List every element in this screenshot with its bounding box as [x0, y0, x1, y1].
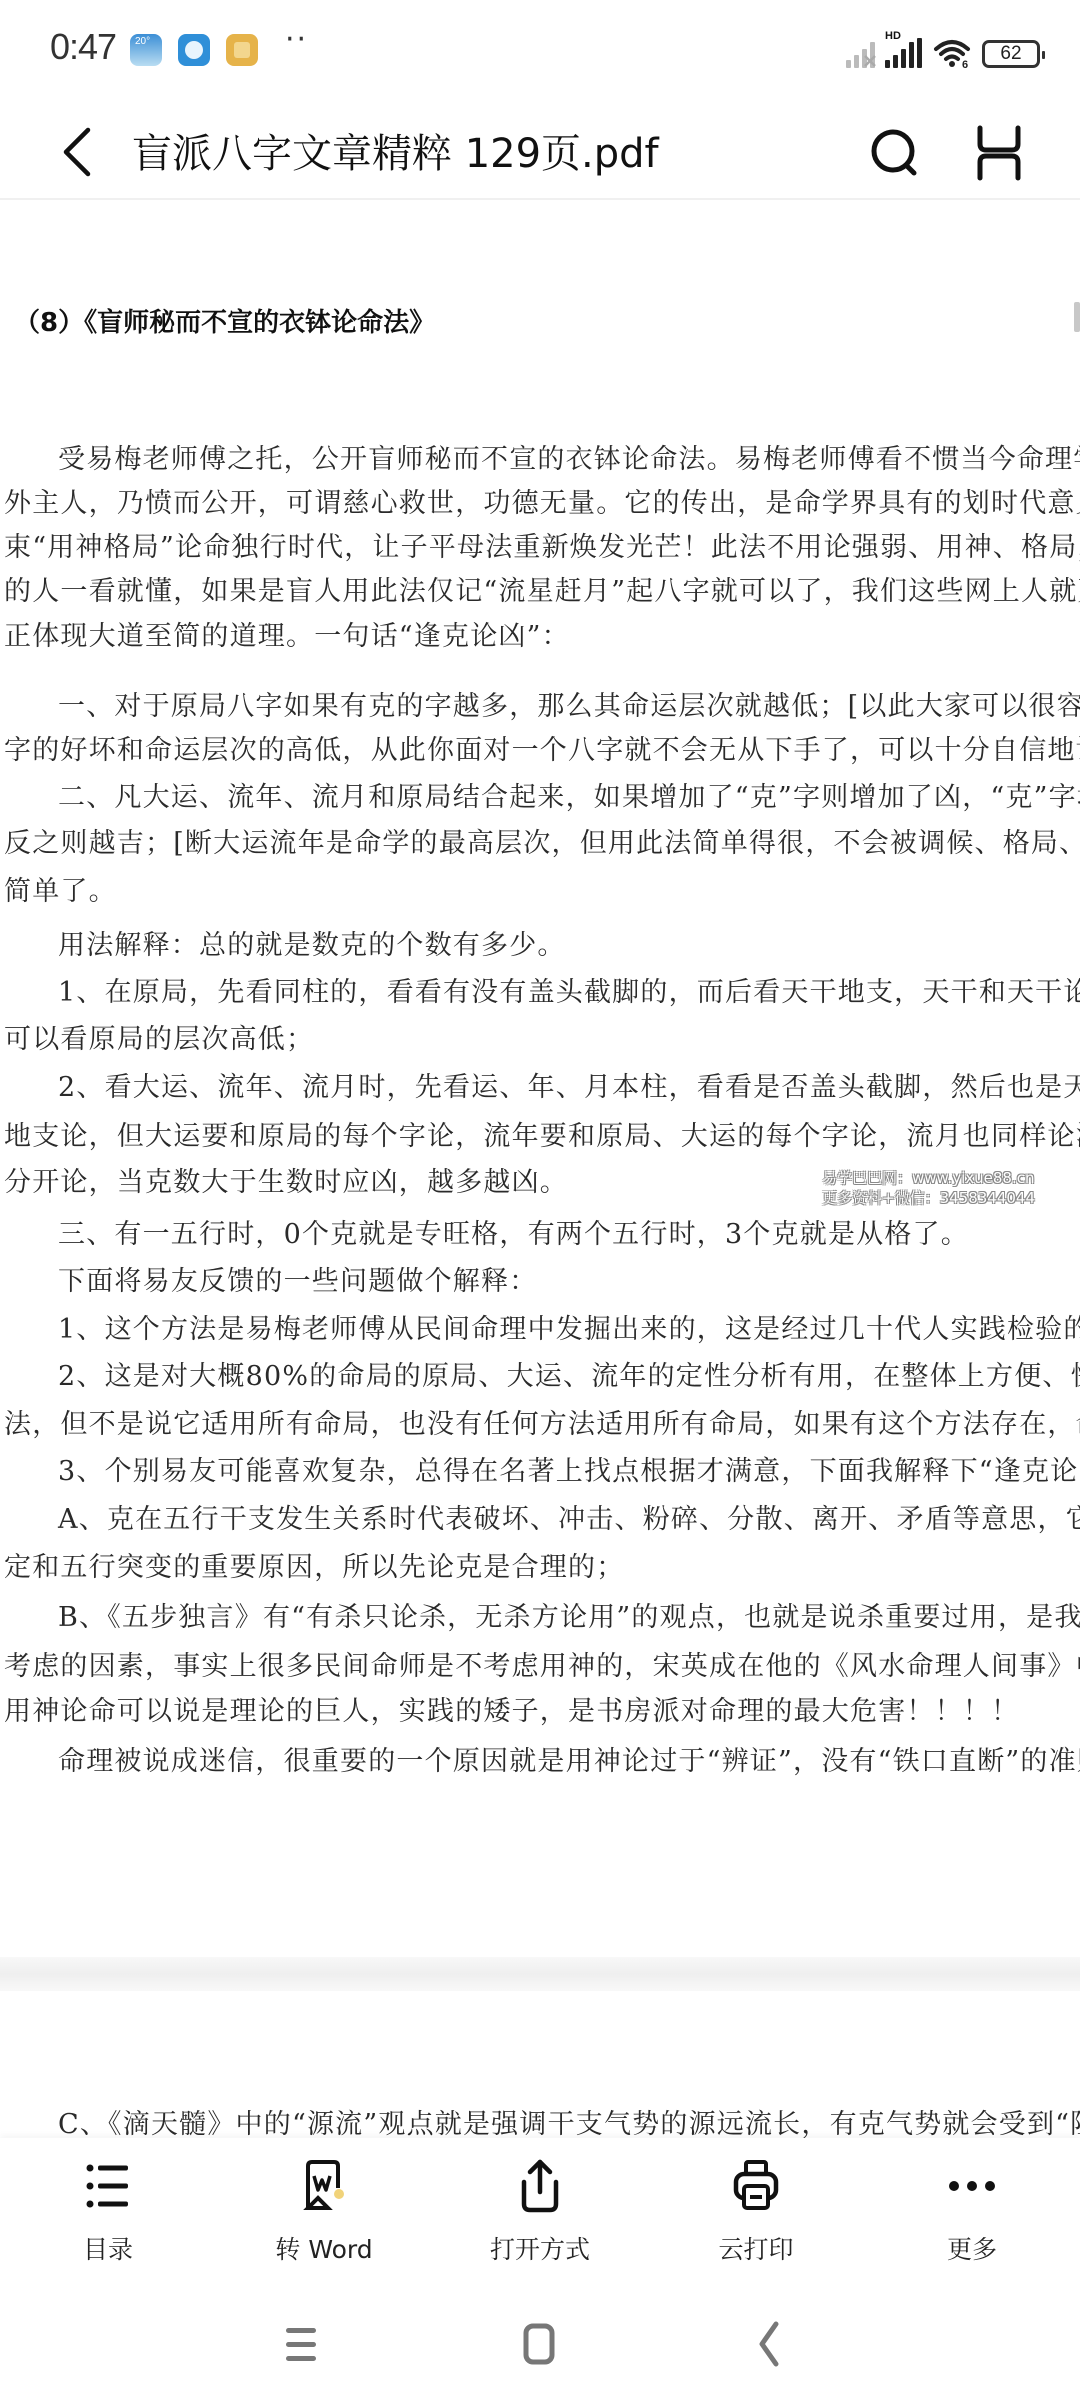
- toc-label: 目录: [0, 2230, 216, 2266]
- page-break: [0, 1957, 1080, 1991]
- cloud-print-label: 云打印: [648, 2230, 864, 2266]
- convert-word-label: 转 Word: [216, 2230, 432, 2266]
- hd-label: HD: [885, 30, 901, 42]
- text-line: B、《五步独言》有“有杀只论杀，无杀方论用”的观点，也就是说杀重要过用，是我们分: [58, 1601, 1080, 1635]
- text-line: 可以看原局的层次高低；: [4, 1023, 1080, 1057]
- more-icon: [942, 2156, 1002, 2216]
- convert-to-word-icon: [294, 2156, 354, 2216]
- text-line: 外主人，乃愤而公开，可谓慈心救世，功德无量。它的传出，是命学界具有的划时代意义的…: [4, 487, 1080, 521]
- watermark: 易学巴巴网：www.yixue88.cn 更多资料+微信：3458344044: [822, 1168, 1035, 1208]
- weather-temp: 20°: [135, 36, 150, 47]
- svg-text:6: 6: [962, 59, 968, 68]
- text-line: 1、在原局，先看同柱的，看看有没有盖头截脚的，而后看天干地支，天干和天干论，地: [58, 976, 1080, 1010]
- signal-sim1-icon: HD: [885, 38, 922, 68]
- text-line: 字的好坏和命运层次的高低，从此你面对一个八字就不会无从下手了，可以十分自信地论命…: [4, 734, 1080, 768]
- text-line: 定和五行突变的重要原因，所以先论克是合理的；: [4, 1551, 1080, 1585]
- messages-app-icon: [178, 34, 210, 66]
- bottom-toolbar: 目录 转 Word 打开方式 云打印 更多: [0, 2138, 1080, 2278]
- text-line: 束“用神格局”论命独行时代，让子平母法重新焕发光芒！此法不用论强弱、用神、格局，…: [4, 531, 1080, 565]
- text-line: 用神论命可以说是理论的巨人，实践的矮子，是书房派对命理的最大危害！！！！: [4, 1695, 1080, 1729]
- text-line: 用法解释：总的就是数克的个数有多少。: [58, 929, 1080, 963]
- text-line: 法，但不是说它适用所有命局，也没有任何方法适用所有命局，如果有这个方法存在，命学…: [4, 1408, 1080, 1442]
- text-line: C、《滴天髓》中的“源流”观点就是强调干支气势的源远流长，有克气势就会受到“阻隔: [58, 2108, 1080, 2138]
- text-line: 三、有一五行时，0个克就是专旺格，有两个五行时，3个克就是从格了。: [58, 1218, 1080, 1252]
- text-line: 命理被说成迷信，很重要的一个原因就是用神论过于“辨证”，没有“铁口直断”的准则: [58, 1745, 1080, 1779]
- share-open-with-icon: [510, 2156, 570, 2216]
- section-title: （8）《盲师秘而不宣的衣钵论命法》: [14, 302, 435, 339]
- watermark-line2: 更多资料+微信：3458344044: [822, 1188, 1035, 1208]
- text-line: 简单了。: [4, 875, 1080, 909]
- convert-word-button[interactable]: 转 Word: [216, 2138, 432, 2278]
- open-with-label: 打开方式: [432, 2230, 648, 2266]
- text-line: 反之则越吉；[断大运流年是命学的最高层次，但用此法简单得很，不会被调候、格局、用…: [4, 827, 1080, 861]
- toc-button[interactable]: 目录: [0, 2138, 216, 2278]
- text-line: 3、个别易友可能喜欢复杂，总得在名著上找点根据才满意，下面我解释下“逢克论凶”的: [58, 1455, 1080, 1489]
- text-line: A、克在五行干支发生关系时代表破坏、冲击、粉碎、分散、离开、矛盾等意思，它是八: [58, 1503, 1080, 1537]
- more-notifications-icon: ··: [285, 22, 308, 57]
- table-of-contents-icon: [78, 2156, 138, 2216]
- text-line: 一、对于原局八字如果有克的字越多，那么其命运层次就越低；[以此大家可以很容易比: [58, 690, 1080, 724]
- back-button[interactable]: [52, 120, 112, 180]
- cloud-print-icon: [726, 2156, 786, 2216]
- text-line: 受易梅老师傅之托，公开盲师秘而不宣的衣钵论命法。易梅老师傅看不惯当今命理学界伪: [58, 443, 1080, 477]
- notes-app-icon: [226, 34, 258, 66]
- more-label: 更多: [864, 2230, 1080, 2266]
- home-icon[interactable]: [510, 2314, 570, 2374]
- text-line: 下面将易友反馈的一些问题做个解释：: [58, 1265, 1080, 1299]
- signal-sim2-icon: [846, 38, 875, 68]
- watermark-line1: 易学巴巴网：www.yixue88.cn: [822, 1168, 1035, 1188]
- text-line: 考虑的因素，事实上很多民间命师是不考虑用神的，宋英成在他的《风水命理人间事》中也…: [4, 1650, 1080, 1684]
- more-button[interactable]: 更多: [864, 2138, 1080, 2278]
- status-bar: 0:47 20° ·· HD 6 62: [0, 0, 1080, 100]
- open-with-button[interactable]: 打开方式: [432, 2138, 648, 2278]
- status-indicators: HD 6 62: [846, 32, 1040, 68]
- battery-icon: 62: [982, 40, 1040, 68]
- cloud-print-button[interactable]: 云打印: [648, 2138, 864, 2278]
- weather-app-icon: 20°: [130, 34, 162, 66]
- text-line: 2、这是对大概80%的命局的原局、大运、流年的定性分析有用，在整体上方便、快速、…: [58, 1360, 1080, 1394]
- text-line: 2、看大运、流年、流月时，先看运、年、月本柱，看看是否盖头截脚，然后也是天干和: [58, 1071, 1080, 1105]
- status-time: 0:47: [50, 26, 116, 68]
- document-title: 盲派八字文章精粹 129页.pdf: [132, 122, 659, 179]
- recents-icon[interactable]: [272, 2314, 332, 2374]
- text-line: 的人一看就懂，如果是盲人用此法仅记“流星赶月”起八字就可以了，我们这些网上人就更…: [4, 575, 1080, 609]
- battery-level: 62: [1000, 43, 1021, 65]
- app-header: 盲派八字文章精粹 129页.pdf: [0, 100, 1080, 200]
- scrollbar[interactable]: [1074, 302, 1080, 332]
- search-icon[interactable]: [862, 120, 928, 186]
- text-line: 正体现大道至简的道理。一句话“逢克论凶”：: [4, 620, 1080, 654]
- back-nav-icon[interactable]: [740, 2314, 800, 2374]
- text-line: 1、这个方法是易梅老师傅从民间命理中发掘出来的，这是经过几十代人实践检验的；: [58, 1313, 1080, 1347]
- text-line: 地支论，但大运要和原局的每个字论，流年要和原局、大运的每个字论，流月也同样论法，…: [4, 1120, 1080, 1154]
- text-line: 二、凡大运、流年、流月和原局结合起来，如果增加了“克”字则增加了凶，“克”字增加: [58, 781, 1080, 815]
- fit-width-icon[interactable]: [966, 120, 1032, 186]
- system-nav-bar: [0, 2278, 1080, 2400]
- pdf-viewer[interactable]: （8）《盲师秘而不宣的衣钵论命法》 受易梅老师傅之托，公开盲师秘而不宣的衣钵论命…: [0, 202, 1080, 2138]
- wifi-icon: 6: [932, 38, 972, 68]
